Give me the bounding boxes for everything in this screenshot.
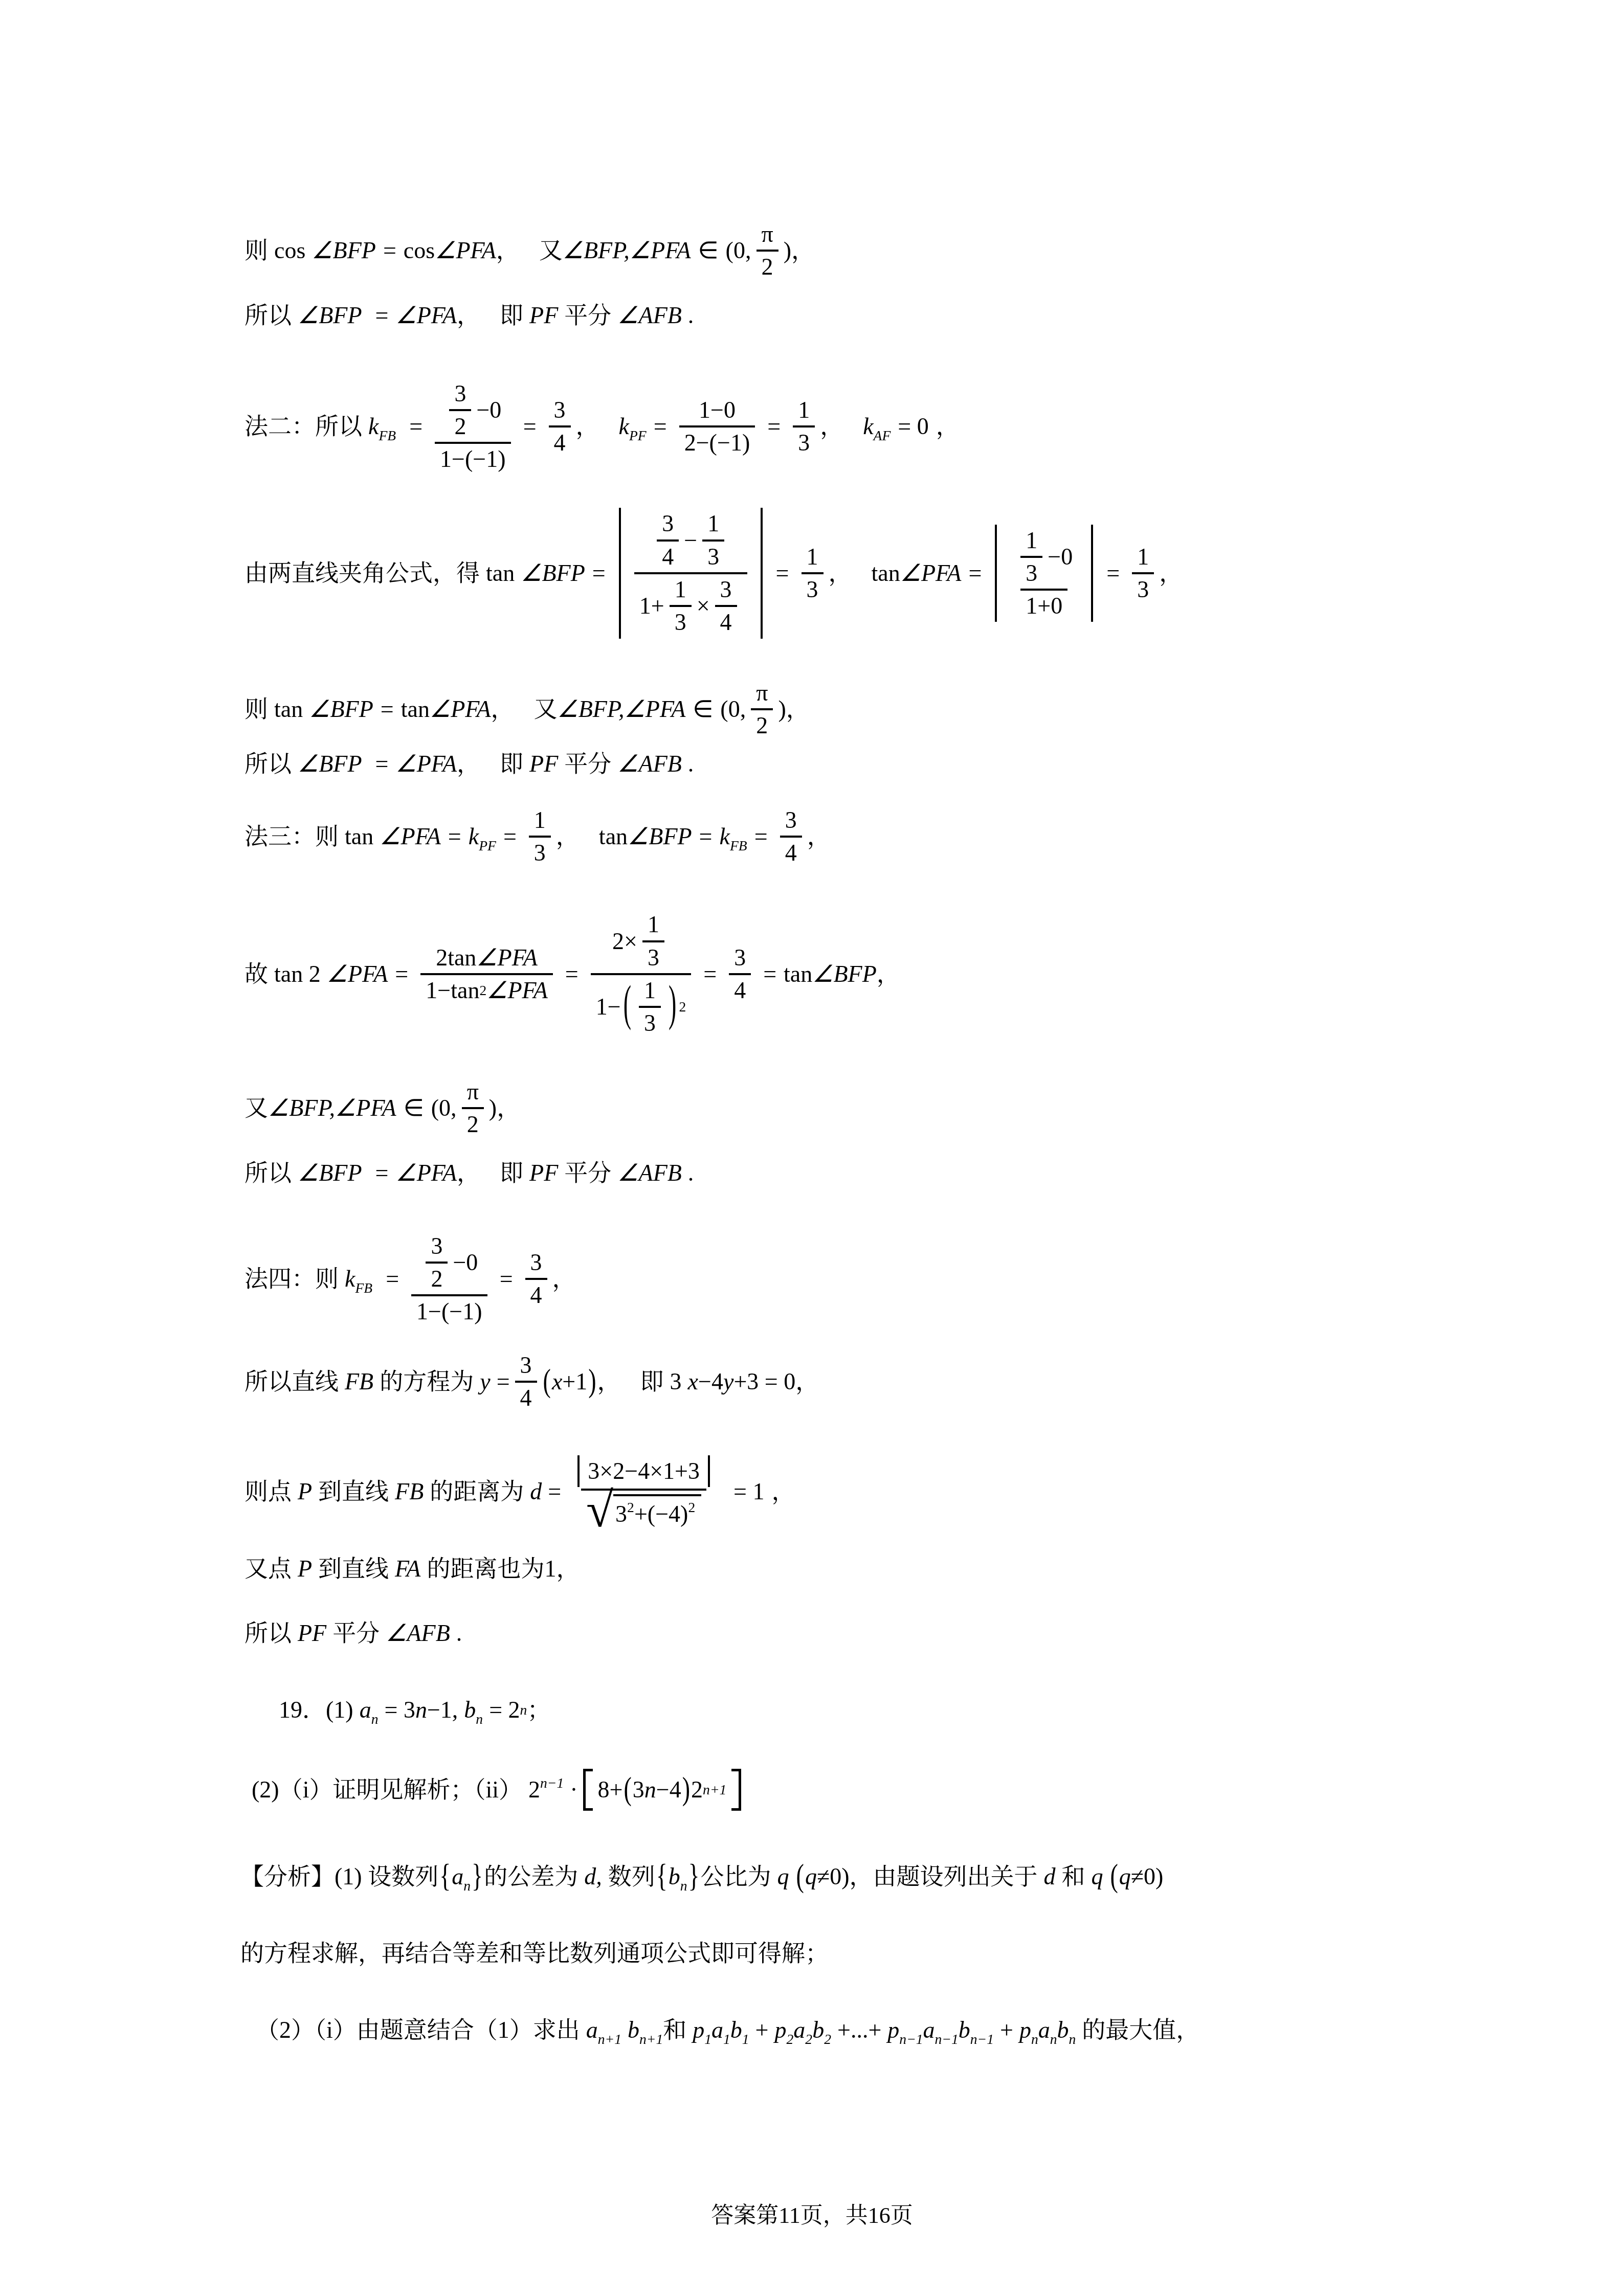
math-var: b bbox=[959, 2017, 970, 2043]
frac-num: 1 bbox=[702, 510, 724, 539]
comma: ， bbox=[820, 412, 843, 441]
subscript: PF bbox=[629, 428, 647, 444]
comma: ， bbox=[829, 558, 852, 588]
math-angle-bfp: ∠BFP bbox=[521, 558, 585, 588]
frac-den: 3 bbox=[529, 836, 551, 867]
equals-sign: = bbox=[548, 1477, 561, 1506]
line-distance: 则点 P 到直线 FB 的距离为 d = 3×2−4×1+3 √ 32+(−4)… bbox=[244, 1426, 795, 1558]
math-var: b bbox=[669, 1863, 680, 1889]
fraction-1-over-3: 1 3 bbox=[802, 543, 824, 604]
subscript: n+1 bbox=[598, 2032, 621, 2047]
line-analysis-1: 【分析】(1) 设数列 { an } 的公差为 d, 数列 { bn } 公比为… bbox=[240, 1852, 1163, 1901]
math-var: b bbox=[464, 1697, 476, 1723]
math-text: 1−tan bbox=[426, 977, 479, 1004]
equals-sign: = bbox=[375, 301, 389, 330]
math-var: b bbox=[812, 2017, 824, 2043]
frac-den: 4 bbox=[729, 973, 751, 1004]
equals-sign: = bbox=[386, 1264, 399, 1294]
frac-den: 3 bbox=[1020, 556, 1042, 587]
frac-den: 1−(−1) bbox=[435, 442, 511, 473]
math-angle-bfp: ∠BFP bbox=[298, 749, 362, 779]
math-k-af: kAF bbox=[863, 412, 891, 441]
frac-den: 1+0 bbox=[1020, 589, 1067, 620]
line-conclusion-1: 所以 ∠BFP = ∠PFA ， 即 PF 平分 ∠AFB . bbox=[244, 299, 694, 332]
math-tan: tan bbox=[274, 694, 303, 724]
fraction-pi-over-2: π 2 bbox=[756, 220, 778, 281]
question-number: 19．(1) bbox=[279, 1695, 353, 1725]
math-text: = 2 bbox=[489, 1695, 520, 1725]
math-fb: FB bbox=[345, 1367, 373, 1397]
cn-text: 所以直线 bbox=[244, 1367, 339, 1397]
math-d: d bbox=[530, 1477, 542, 1506]
math-text: −4 bbox=[656, 1775, 681, 1805]
equals-sign: = bbox=[565, 959, 579, 989]
math-cos: cos bbox=[274, 236, 305, 265]
math-angle-afb: ∠AFB bbox=[617, 301, 682, 330]
sqrt-radical: √ 32+(−4)2 bbox=[586, 1492, 701, 1528]
math-d: d, bbox=[584, 1862, 602, 1892]
open-interval: (0, bbox=[431, 1093, 457, 1123]
cn-text: 和 bbox=[663, 2015, 686, 2045]
superscript: 2 bbox=[627, 1499, 634, 1515]
frac-den: 2 bbox=[449, 409, 471, 440]
fraction-1-over-3: 1 3 bbox=[670, 576, 692, 637]
subscript: 2 bbox=[805, 2032, 812, 2047]
subscript: n−1 bbox=[935, 2032, 959, 2047]
equals-one: = 1 bbox=[733, 1477, 764, 1506]
cn-text: 数列 bbox=[608, 1862, 655, 1892]
line-method-4: 法四：则 kFB = 3 2 −0 1−(−1) = 3 4 ， bbox=[244, 1216, 576, 1342]
math-text: 1+ bbox=[639, 592, 664, 620]
comma: ， bbox=[936, 412, 960, 441]
subscript: AF bbox=[874, 428, 891, 444]
math-k-fb: kFB bbox=[368, 412, 396, 441]
frac-num: 3 bbox=[525, 1249, 547, 1278]
math-x: x bbox=[688, 1367, 698, 1397]
frac-num: 3 bbox=[515, 1352, 537, 1381]
line-method-2-slopes: 法二：所以 kFB = 3 2 −0 1−(−1) = 3 4 ， kPF = … bbox=[244, 358, 960, 495]
math-var: p bbox=[693, 2017, 704, 2043]
math-a-n: an bbox=[360, 1695, 379, 1725]
square-brackets: 8+ ( 3 n −4 ) 2 n+1 bbox=[583, 1769, 742, 1811]
comma: ， bbox=[496, 236, 520, 265]
radicand: 32+(−4)2 bbox=[613, 1494, 701, 1528]
math-pf: PF bbox=[529, 1158, 558, 1188]
period: . bbox=[688, 301, 694, 330]
math-y: y bbox=[723, 1367, 733, 1397]
period: . bbox=[456, 1618, 462, 1648]
math-angle-pfa: ∠PFA bbox=[396, 301, 457, 330]
frac-den: 1+ 1 3 × 3 4 bbox=[634, 572, 747, 637]
frac-num: 3 2 −0 bbox=[415, 1232, 483, 1295]
math-text: −0 bbox=[476, 396, 501, 424]
math-k-pf: kPF bbox=[619, 412, 647, 441]
cn-text: 的方程为 bbox=[380, 1367, 474, 1397]
math-p: P bbox=[298, 1554, 312, 1584]
fraction-slope-pf: 1−0 2−(−1) bbox=[679, 396, 755, 457]
fraction-slope-fb: 3 2 −0 1−(−1) bbox=[435, 380, 511, 474]
frac-num: 3 bbox=[426, 1232, 448, 1262]
element-of-sign: ∈ bbox=[693, 694, 713, 724]
math-angle-bfp: ∠BFP bbox=[309, 694, 373, 724]
equals-sign: = bbox=[497, 1367, 510, 1397]
math-tan: tan bbox=[401, 694, 430, 724]
comma: ， bbox=[457, 301, 480, 330]
frac-num: 1 3 −0 bbox=[1010, 527, 1078, 589]
cn-text: 平分 bbox=[332, 1618, 380, 1648]
equals-sign: = bbox=[500, 1264, 513, 1294]
line-conclusion-3: 所以 ∠BFP = ∠PFA ， 即 PF 平分 ∠AFB . bbox=[244, 1157, 694, 1189]
line-method-3: 法三：则 tan ∠PFA = kPF = 1 3 ， tan ∠BFP = k… bbox=[244, 799, 831, 874]
fraction-3-over-4: 3 4 bbox=[515, 1352, 537, 1412]
math-a-n: an bbox=[452, 1862, 471, 1892]
fraction-pi-over-2: π 2 bbox=[751, 679, 773, 740]
math-pf: PF bbox=[298, 1618, 326, 1648]
math-var: p bbox=[775, 2017, 787, 2043]
subscript: n bbox=[680, 1878, 687, 1894]
cn-text: ，由题设列出关于 bbox=[850, 1862, 1038, 1892]
subscript: 1 bbox=[704, 2032, 711, 2047]
math-k-fb: kFB bbox=[720, 822, 747, 851]
answer-document-page: 则 cos ∠BFP = cos ∠PFA ， 又 ∠BFP,∠PFA ∈ (0… bbox=[0, 0, 1624, 2296]
math-var: b bbox=[730, 2017, 742, 2043]
comma: ， bbox=[497, 1093, 520, 1123]
comma: ， bbox=[877, 959, 900, 989]
comma: ， bbox=[1159, 558, 1183, 588]
math-k-pf: kPF bbox=[469, 822, 496, 851]
frac-num: 1 bbox=[1132, 543, 1154, 572]
frac-den: 2 bbox=[462, 1107, 484, 1138]
cn-text: 【分析】(1) 设数列 bbox=[240, 1862, 438, 1892]
period: . bbox=[688, 1158, 694, 1188]
fraction-double-angle: 2tan ∠PFA 1−tan 2 ∠PFA bbox=[420, 944, 553, 1005]
equals-zero: = 0 bbox=[898, 412, 928, 441]
fraction-1-over-3: 1 3 bbox=[1020, 527, 1042, 588]
close-brace: } bbox=[472, 1855, 483, 1897]
fraction-3-over-4: 3 4 bbox=[525, 1249, 547, 1310]
cn-text: 的距离为 bbox=[430, 1477, 524, 1506]
equals-sign: = bbox=[592, 558, 606, 588]
math-var: a bbox=[360, 1697, 371, 1723]
math-angle-pfa: ∠PFA bbox=[396, 1158, 457, 1188]
close-paren: ) bbox=[784, 236, 791, 265]
semicolon: ； bbox=[527, 1695, 550, 1725]
comma: ， bbox=[556, 822, 580, 851]
frac-den: 4 bbox=[525, 1278, 547, 1309]
frac-den: 2 bbox=[757, 250, 778, 281]
cn-text: 到直线 bbox=[318, 1477, 389, 1506]
frac-num: 1 bbox=[1020, 527, 1042, 556]
math-cos: cos bbox=[404, 236, 435, 265]
equals-sign: = bbox=[383, 236, 396, 265]
math-angle-afb: ∠AFB bbox=[617, 1158, 682, 1188]
math-text: ≠0) bbox=[817, 1862, 850, 1892]
math-text: +3 = 0 bbox=[733, 1367, 795, 1397]
fraction-1-over-3: 1 3 bbox=[1132, 543, 1154, 604]
comma: ， bbox=[772, 1477, 795, 1506]
math-text: +1 bbox=[562, 1367, 587, 1397]
frac-num: 3 bbox=[729, 944, 751, 973]
line-fb-equation: 所以直线 FB 的方程为 y = 3 4 ( x +1 ) ， 即 3 x −4… bbox=[244, 1343, 819, 1421]
fraction-slope-fb: 3 2 −0 1−(−1) bbox=[411, 1232, 487, 1326]
math-text: −0 bbox=[453, 1249, 478, 1276]
cn-text: 的距离也为1， bbox=[427, 1554, 580, 1584]
abs-bars: 3 4 − 1 3 1+ 1 3 × bbox=[619, 508, 763, 638]
open-paren: ( bbox=[624, 1768, 631, 1810]
subscript: n bbox=[1050, 2032, 1057, 2047]
equals-sign: = bbox=[448, 822, 461, 851]
subscript: n bbox=[463, 1878, 471, 1894]
math-angle-bfp: ∠BFP bbox=[298, 301, 362, 330]
math-angle-pfa: ∠PFA bbox=[430, 694, 491, 724]
cn-text: 法四：则 bbox=[244, 1264, 339, 1294]
line-fa-distance: 又点 P 到直线 FA 的距离也为1， bbox=[244, 1552, 580, 1585]
frac-num: π bbox=[751, 679, 773, 708]
subscript: n bbox=[1031, 2032, 1038, 2047]
math-b-n1: bn+1 bbox=[628, 2015, 663, 2045]
math-angle-bfp: ∠BFP bbox=[312, 236, 376, 265]
math-pf: PF bbox=[529, 749, 558, 779]
element-of-sign: ∈ bbox=[698, 236, 718, 265]
fraction-1-over-3: 1 3 bbox=[642, 911, 664, 972]
cn-text: 则 bbox=[244, 694, 268, 724]
fraction-1-over-3: 1 3 bbox=[529, 806, 551, 867]
fraction-1-over-3: 1 3 bbox=[702, 510, 724, 571]
math-text: ≠0) bbox=[1131, 1862, 1164, 1892]
math-var: k bbox=[368, 413, 379, 439]
math-q: q bbox=[1119, 1862, 1131, 1892]
math-var: a bbox=[452, 1863, 463, 1889]
math-tan2: tan 2 bbox=[274, 959, 321, 989]
cn-text: 的方程求解，再结合等差和等比数列通项公式即可得解； bbox=[240, 1939, 829, 1968]
frac-num: 1 bbox=[793, 396, 815, 425]
math-b-n: bn bbox=[669, 1862, 687, 1892]
math-angle-afb: ∠AFB bbox=[617, 749, 682, 779]
frac-num: 1 bbox=[802, 543, 824, 572]
math-var: a bbox=[586, 2017, 598, 2043]
frac-den: 4 bbox=[715, 605, 737, 636]
frac-num: 1−0 bbox=[694, 396, 741, 425]
math-angle-afb: ∠AFB bbox=[386, 1618, 450, 1648]
fraction-3-over-4: 3 4 bbox=[729, 944, 751, 1005]
subscript: n−1 bbox=[899, 2032, 923, 2047]
cn-text: 由两直线夹角公式，得 bbox=[244, 558, 480, 588]
frac-den: 4 bbox=[780, 836, 802, 867]
cn-text: 又 bbox=[539, 236, 563, 265]
frac-num: 3 4 − 1 3 bbox=[647, 510, 735, 572]
close-paren: ) bbox=[588, 1360, 596, 1402]
math-angle-bfp: ∠BFP bbox=[298, 1158, 362, 1188]
page-footer: 答案第11页，共16页 bbox=[0, 2197, 1624, 2230]
frac-num: 3 bbox=[657, 510, 679, 539]
cn-text: 的最大值， bbox=[1082, 2015, 1199, 2045]
close-paren: ) bbox=[682, 1768, 690, 1810]
math-text: 3 bbox=[615, 1501, 627, 1527]
math-text: 2tan bbox=[436, 944, 476, 972]
frac-num: π bbox=[756, 220, 778, 250]
math-tan: tan bbox=[486, 558, 515, 588]
math-angle-bfp: ∠BFP bbox=[628, 822, 692, 851]
times-sign: × bbox=[697, 592, 710, 620]
line-conclusion-2: 所以 ∠BFP = ∠PFA ， 即 PF 平分 ∠AFB . bbox=[244, 748, 694, 780]
math-text: −1, bbox=[427, 1695, 458, 1725]
cn-text: 即 bbox=[640, 1367, 664, 1397]
minus-sign: − bbox=[684, 527, 697, 554]
math-pn1an1bn1: pn−1an−1bn−1 bbox=[887, 2015, 994, 2045]
subscript: n+1 bbox=[639, 2032, 663, 2047]
frac-num: 3 bbox=[780, 806, 802, 836]
cn-text: 即 bbox=[500, 1158, 523, 1188]
subscript: FB bbox=[730, 838, 747, 854]
math-var: k bbox=[345, 1266, 355, 1292]
math-p2a2b2: p2a2b2 bbox=[775, 2015, 831, 2045]
frac-num: 1 bbox=[639, 977, 661, 1006]
cn-text: 则 bbox=[244, 236, 268, 265]
comma: ， bbox=[795, 1367, 819, 1397]
cn-text: 又点 bbox=[244, 1554, 292, 1584]
equals-sign: = bbox=[523, 412, 537, 441]
frac-den: √ 32+(−4)2 bbox=[581, 1489, 706, 1528]
open-brace: { bbox=[439, 1855, 451, 1897]
math-angle-pfa: ∠PFA bbox=[327, 959, 388, 989]
fraction-3-over-2: 3 2 bbox=[449, 380, 471, 441]
frac-num: 1 bbox=[642, 911, 664, 940]
math-text: 2× bbox=[612, 928, 637, 955]
math-angle-pfa: ∠PFA bbox=[435, 236, 496, 265]
math-var: k bbox=[863, 413, 873, 439]
math-pf: PF bbox=[529, 301, 558, 330]
math-text: +(−4) bbox=[634, 1501, 688, 1527]
cn-text: 故 bbox=[244, 959, 268, 989]
frac-den: 1−tan 2 ∠PFA bbox=[420, 973, 553, 1004]
frac-den: 3 bbox=[1132, 572, 1154, 603]
frac-num: 2tan ∠PFA bbox=[431, 944, 543, 973]
math-y: y bbox=[480, 1367, 490, 1397]
comma: ， bbox=[791, 236, 815, 265]
cn-text: 又 bbox=[244, 1093, 268, 1123]
fraction-3-over-4: 3 4 bbox=[657, 510, 679, 571]
math-angle-pfa: ∠PFA bbox=[396, 749, 457, 779]
subscript: 2 bbox=[824, 2032, 831, 2047]
math-angle-pfa: ∠PFA bbox=[486, 977, 548, 1004]
equals-sign: = bbox=[699, 822, 713, 851]
frac-num: 1 bbox=[529, 806, 551, 836]
superscript: n−1 bbox=[540, 1775, 564, 1791]
math-angles: ∠BFP,∠PFA bbox=[558, 694, 686, 724]
line-answer-19-part2: (2)（i）证明见解析；（ii） 2n−1 · 8+ ( 3 n −4 ) 2 … bbox=[252, 1761, 746, 1818]
subscript: n bbox=[1069, 2032, 1076, 2047]
cn-text: 法三：则 bbox=[244, 822, 339, 851]
math-var: a bbox=[711, 2017, 723, 2043]
frac-den: 2 bbox=[426, 1262, 448, 1293]
math-coeff: 3 bbox=[670, 1367, 682, 1397]
open-brace: { bbox=[656, 1855, 668, 1897]
open-interval: (0, bbox=[726, 236, 751, 265]
subscript: FB bbox=[355, 1280, 372, 1296]
comma: ， bbox=[491, 694, 515, 724]
equals-sign: = bbox=[503, 822, 517, 851]
math-fb: FB bbox=[395, 1477, 424, 1506]
cn-text: 又 bbox=[534, 694, 558, 724]
frac-den: 2 bbox=[751, 708, 773, 739]
fraction-tan-pfa: 1 3 −0 1+0 bbox=[1010, 527, 1078, 620]
plus-sign: + bbox=[1000, 2015, 1013, 2045]
math-coeff: −4 bbox=[698, 1367, 723, 1397]
comma: ， bbox=[457, 749, 480, 779]
equals-sign: = bbox=[1106, 558, 1120, 588]
frac-num: 3 bbox=[549, 396, 571, 425]
frac-den: 3 bbox=[802, 572, 824, 603]
bracket-right bbox=[731, 1769, 741, 1811]
open-interval: (0, bbox=[720, 694, 746, 724]
frac-den: 3 bbox=[702, 539, 724, 571]
abs-bars: 1 3 −0 1+0 bbox=[995, 525, 1093, 622]
fraction-1-over-3: 1 3 bbox=[793, 396, 815, 457]
superscript: 2 bbox=[688, 1499, 695, 1515]
cn-text: 即 bbox=[500, 301, 523, 330]
math-text: 3 bbox=[633, 1775, 644, 1805]
equals-sign: = bbox=[409, 412, 422, 441]
frac-num: 3 bbox=[449, 380, 471, 409]
cn-text: 所以 bbox=[244, 1618, 292, 1648]
cn-text: (2)（i）证明见解析；（ii） bbox=[252, 1775, 522, 1805]
subscript: n bbox=[476, 1712, 483, 1727]
equals-sign: = bbox=[767, 412, 781, 441]
comma: ， bbox=[457, 1158, 480, 1188]
frac-den: 3 bbox=[639, 1006, 661, 1037]
equals-sign: = bbox=[968, 558, 982, 588]
math-pnanbn: pnanbn bbox=[1019, 2015, 1076, 2045]
math-angle-pfa: ∠PFA bbox=[476, 944, 538, 972]
fraction-tan-bfp: 3 4 − 1 3 1+ 1 3 × bbox=[634, 510, 747, 636]
subscript: n−1 bbox=[970, 2032, 994, 2047]
math-tan: tan bbox=[599, 822, 628, 851]
cn-text: 则点 bbox=[244, 1477, 292, 1506]
math-text: = 3 bbox=[384, 1695, 415, 1725]
math-text: 2 bbox=[528, 1776, 540, 1803]
math-text: 3×2−4×1+3 bbox=[588, 1457, 700, 1485]
line-analysis-2: 的方程求解，再结合等差和等比数列通项公式即可得解； bbox=[240, 1937, 829, 1970]
math-var: p bbox=[887, 2017, 899, 2043]
frac-den: 4 bbox=[549, 425, 571, 457]
equals-sign: = bbox=[763, 959, 776, 989]
cn-text: 公比为 bbox=[701, 1862, 771, 1892]
equals-sign: = bbox=[703, 959, 717, 989]
math-b-n: bn bbox=[464, 1695, 483, 1725]
line-cos-equality: 则 cos ∠BFP = cos ∠PFA ， 又 ∠BFP,∠PFA ∈ (0… bbox=[244, 207, 815, 294]
frac-den: 1− ( 1 3 ) 2 bbox=[591, 973, 691, 1038]
open-paren: ( bbox=[624, 975, 631, 1033]
equals-sign: = bbox=[375, 749, 389, 779]
plus-sign: + bbox=[755, 2015, 769, 2045]
bracket-content: 8+ ( 3 n −4 ) 2 n+1 bbox=[593, 1769, 732, 1811]
cn-text: 即 bbox=[500, 749, 523, 779]
math-fa: FA bbox=[395, 1554, 420, 1584]
math-p1a1b1: p1a1b1 bbox=[693, 2015, 749, 2045]
frac-den: 1−(−1) bbox=[411, 1294, 487, 1325]
comma: ， bbox=[807, 822, 831, 851]
frac-num: 3 bbox=[715, 576, 737, 605]
line-domain: 又 ∠BFP,∠PFA ∈ (0, π 2 ) ， bbox=[244, 1065, 520, 1152]
equals-sign: = bbox=[754, 822, 768, 851]
line-angle-formula: 由两直线夹角公式，得 tan ∠BFP = 3 4 − 1 3 1+ bbox=[244, 487, 1183, 660]
frac-den: 3 bbox=[793, 425, 815, 457]
fraction-1-over-3: 1 3 bbox=[639, 977, 661, 1038]
period: . bbox=[688, 749, 694, 779]
comma: ， bbox=[597, 1367, 621, 1397]
frac-num: 1 bbox=[670, 576, 692, 605]
cn-text: 法二：所以 bbox=[244, 412, 362, 441]
